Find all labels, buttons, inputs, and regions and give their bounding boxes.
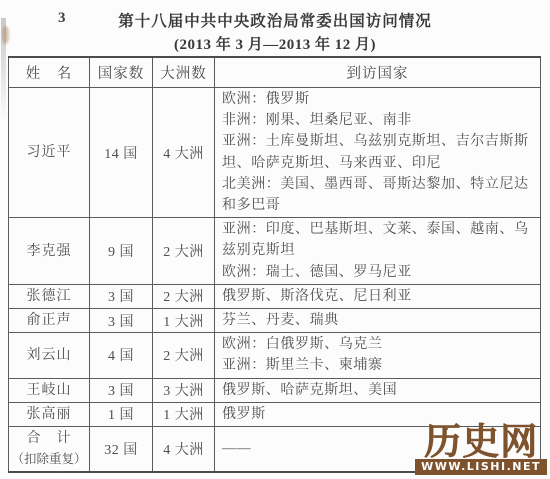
- country-count-cell: 3 国: [90, 309, 153, 333]
- continent-count-cell: 1 大洲: [153, 309, 215, 333]
- visited-countries-cell: 芬兰、丹麦、瑞典: [215, 309, 541, 333]
- table-row: 习近平14 国4 大洲欧洲：俄罗斯非洲：刚果、坦桑尼亚、南非亚洲：土库曼斯坦、乌…: [9, 88, 541, 218]
- country-count-cell: 3 国: [90, 378, 153, 402]
- country-count-cell: 3 国: [90, 284, 153, 308]
- member-name-cell: 俞正声: [9, 309, 90, 333]
- continent-count-cell: 1 大洲: [153, 402, 215, 426]
- table-row: 王岐山3 国3 大洲俄罗斯、哈萨克斯坦、美国: [9, 378, 541, 402]
- visited-countries-cell: 俄罗斯、哈萨克斯坦、美国: [215, 378, 541, 402]
- scan-edge-smudge: [2, 26, 9, 44]
- page-title: 第十八届中共中央政治局常委出国访问情况: [0, 9, 550, 31]
- continent-count-cell: 4 大洲: [153, 88, 215, 218]
- table-row: 刘云山4 国2 大洲欧洲：白俄罗斯、乌克兰亚洲：斯里兰卡、柬埔寨: [9, 333, 541, 378]
- table-header-row: 姓 名 国家数 大洲数 到访国家: [9, 57, 541, 88]
- table-row: 张德江3 国2 大洲俄罗斯、斯洛伐克、尼日利亚: [9, 284, 541, 308]
- country-count-cell: 9 国: [90, 218, 153, 285]
- continent-count-cell: 2 大洲: [153, 284, 215, 308]
- page-number: 3: [58, 10, 66, 27]
- member-name-cell: 李克强: [9, 218, 90, 285]
- lishi-watermark: 历史网 WWW.LISHI.NET: [415, 425, 547, 475]
- header-continent-count: 大洲数: [153, 57, 215, 88]
- table-body: 习近平14 国4 大洲欧洲：俄罗斯非洲：刚果、坦桑尼亚、南非亚洲：土库曼斯坦、乌…: [9, 88, 541, 473]
- header-visited-countries: 到访国家: [215, 57, 541, 88]
- continent-count-cell: 2 大洲: [153, 333, 215, 378]
- table-row: 俞正声3 国1 大洲芬兰、丹麦、瑞典: [9, 309, 541, 333]
- page-subtitle: (2013 年 3 月—2013 年 12 月): [0, 33, 550, 54]
- header-country-count: 国家数: [90, 57, 153, 88]
- visited-countries-cell: 欧洲：白俄罗斯、乌克兰亚洲：斯里兰卡、柬埔寨: [215, 333, 541, 378]
- lishi-url-banner: WWW.LISHI.NET: [415, 459, 547, 475]
- visited-countries-cell: 欧洲：俄罗斯非洲：刚果、坦桑尼亚、南非亚洲：土库曼斯坦、乌兹别克斯坦、吉尔吉斯斯…: [215, 88, 541, 218]
- country-count-cell: 14 国: [90, 88, 153, 218]
- member-name-cell: 刘云山: [9, 333, 90, 378]
- member-name-cell: 习近平: [9, 88, 90, 218]
- continent-count-cell: 4 大洲: [153, 427, 215, 473]
- continent-count-cell: 2 大洲: [153, 218, 215, 285]
- country-count-cell: 1 国: [90, 402, 153, 426]
- visited-countries-cell: 亚洲：印度、巴基斯坦、文莱、泰国、越南、乌兹别克斯坦欧洲：瑞士、德国、罗马尼亚: [215, 218, 541, 285]
- member-name-cell: 合 计（扣除重复）: [9, 427, 90, 473]
- visited-countries-cell: 俄罗斯、斯洛伐克、尼日利亚: [215, 284, 541, 308]
- header-name: 姓 名: [9, 57, 90, 88]
- visits-table: 姓 名 国家数 大洲数 到访国家 习近平14 国4 大洲欧洲：俄罗斯非洲：刚果、…: [8, 56, 541, 473]
- member-name-cell: 张德江: [9, 284, 90, 308]
- continent-count-cell: 3 大洲: [153, 378, 215, 402]
- page-header: 3 第十八届中共中央政治局常委出国访问情况 (2013 年 3 月—2013 年…: [0, 0, 550, 54]
- country-count-cell: 4 国: [90, 333, 153, 378]
- table-row: 李克强9 国2 大洲亚洲：印度、巴基斯坦、文莱、泰国、越南、乌兹别克斯坦欧洲：瑞…: [9, 218, 541, 285]
- lishi-logo: 历史网: [415, 425, 547, 458]
- member-name-cell: 王岐山: [9, 378, 90, 402]
- member-name-cell: 张高丽: [9, 402, 90, 426]
- country-count-cell: 32 国: [90, 427, 153, 473]
